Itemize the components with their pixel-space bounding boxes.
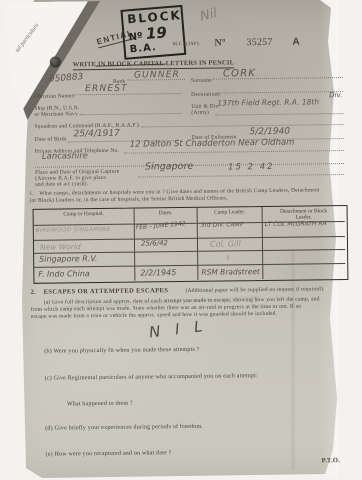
table-row xyxy=(263,237,345,251)
q1-number: 1. xyxy=(29,191,34,198)
table-row: RSM Bradstreet xyxy=(198,265,263,280)
leader-entry: RSM Bradstreet xyxy=(201,267,260,277)
unit-div-label-2: (Army) xyxy=(191,110,209,117)
dates-entry: 25/6/42 xyxy=(141,239,168,247)
table-row: 25/6/42 xyxy=(135,239,198,253)
unit-div-value-2: Div. xyxy=(329,91,342,99)
camp-entry: F. Indo China xyxy=(38,269,90,279)
decorations-label: Decorations xyxy=(191,92,220,99)
col-header-camp: Camp or Hospital. xyxy=(34,209,135,226)
leader-entry: Col. Gill xyxy=(210,239,241,248)
table-row: Col. Gill xyxy=(198,238,263,252)
surname-value: CORK xyxy=(223,68,256,79)
pto-label: P.T.O. xyxy=(322,458,340,465)
instruction-line: WRITE IN BLOCK CAPITAL LETTERS IN PENCIL xyxy=(73,59,235,70)
ship-label-2: or Merchant Navy xyxy=(34,111,78,118)
hole-punch xyxy=(50,56,61,67)
dob-label: Date of Birth xyxy=(35,136,67,143)
section2-heading: ESCAPES OR ATTEMPTED ESCAPES xyxy=(44,287,169,296)
dates-entry: 2/2/1945 xyxy=(140,268,176,277)
camp-entry: New World xyxy=(40,242,81,251)
camp-entry: BIRDWOOD SINGAPORE xyxy=(36,227,111,234)
table-row: New World xyxy=(34,240,135,254)
table-row: BIRDWOOD SINGAPORE xyxy=(34,225,135,241)
table-row: FEB – JUNE 1942 xyxy=(135,224,198,240)
capture-label-3: and date of a/c crash). xyxy=(35,181,88,188)
section2-note: (Additional paper will be supplied on re… xyxy=(186,286,325,294)
esc-e: (e) How were you recaptured and on what … xyxy=(46,450,172,458)
scanned-pow-form: ENTIAL tal particulars Nil BLOCK Nº 19 B… xyxy=(0,0,362,480)
surname-label: Surname xyxy=(191,78,212,85)
table-row: s xyxy=(198,251,263,266)
table-row: 2/2/1945 xyxy=(135,266,198,281)
rank-value: GUNNER xyxy=(134,70,180,81)
pencil-scribble: Nil xyxy=(199,6,219,24)
mi-ref-label: M.I. 9(JAP). xyxy=(173,42,201,47)
table-row xyxy=(135,252,198,267)
unit-div-value: 137th Field Regt. R.A. 18th xyxy=(217,97,319,107)
ref-no-label: Nº xyxy=(214,37,225,48)
table-row: F. Indo China xyxy=(34,267,135,282)
esc-b: (b) Were you physically fit when you mad… xyxy=(44,347,199,355)
table-row: 3rd DIV. CAMP xyxy=(198,223,263,239)
christian-names-label: Christian Names xyxy=(34,93,74,100)
table-row xyxy=(263,250,345,265)
table-row: Singapore R.V. xyxy=(34,253,135,268)
leader-entry: s xyxy=(226,253,230,261)
service-number-value: 950883 xyxy=(49,72,84,85)
table-row: LT COL McGRATH RA xyxy=(263,222,345,238)
nil-answer: N I L xyxy=(148,317,208,342)
section2-number: 2. xyxy=(31,289,36,296)
esc-d: (d) Give briefly your experiences during… xyxy=(45,424,203,432)
table-row xyxy=(263,264,345,279)
instruction-post: LETTERS IN PENCIL xyxy=(164,59,234,67)
christian-names-value: ERNEST xyxy=(85,84,128,95)
stamp-no: Nº xyxy=(128,31,143,43)
esc-c: (c) Give Regimental particulars of anyon… xyxy=(45,373,258,382)
instruction-pre: WRITE xyxy=(73,61,98,68)
ref-series: A xyxy=(292,37,300,48)
instruction-struck: IN BLOCK CAPITAL xyxy=(98,60,164,68)
camp-entry: Singapore R.V. xyxy=(39,254,97,264)
esc-c2: What happened to them ? xyxy=(67,401,133,408)
leader-entry: 3rd DIV. CAMP xyxy=(201,221,244,229)
ref-number: 35257 xyxy=(246,37,272,48)
stamp-number: 19 xyxy=(145,23,167,43)
camps-table: Camp or Hospital. Dates. Camp Leader. De… xyxy=(33,205,349,284)
detachment-entry: LT COL McGRATH RA xyxy=(265,220,327,228)
block-number-stamp: BLOCK Nº 19 B.A. xyxy=(120,5,186,60)
